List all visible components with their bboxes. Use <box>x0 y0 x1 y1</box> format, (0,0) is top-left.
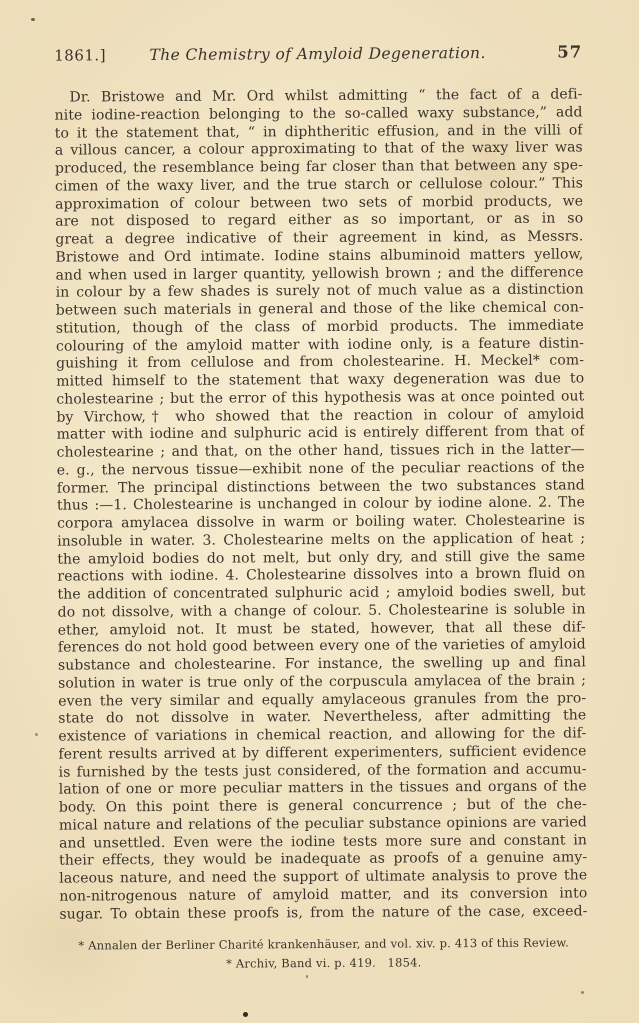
paper-speck <box>35 733 38 736</box>
paper-speck <box>243 1012 248 1017</box>
page-header: 1861.] The Chemistry of Amyloid Degenera… <box>54 42 582 64</box>
body-line: sugar. To obtain these proofs is, from t… <box>59 903 587 924</box>
page-number: 57 <box>557 42 582 61</box>
header-year: 1861.] <box>54 46 106 64</box>
footnotes: * Annalen der Berliner Charité krankenhä… <box>60 934 588 975</box>
body-text: Dr. Bristowe and Mr. Ord whilst admittin… <box>54 86 587 923</box>
page-content: 1861.] The Chemistry of Amyloid Degenera… <box>54 42 588 974</box>
paper-speck <box>31 18 35 21</box>
paper-speck <box>306 975 308 978</box>
footnote: * Archiv, Band vi. p. 419. 1854. <box>60 953 588 975</box>
page-title: The Chemistry of Amyloid Degeneration. <box>149 44 485 64</box>
paper-speck <box>581 991 584 994</box>
scanned-page: 1861.] The Chemistry of Amyloid Degenera… <box>0 0 639 1023</box>
footnote: * Annalen der Berliner Charité krankenhä… <box>60 934 588 956</box>
